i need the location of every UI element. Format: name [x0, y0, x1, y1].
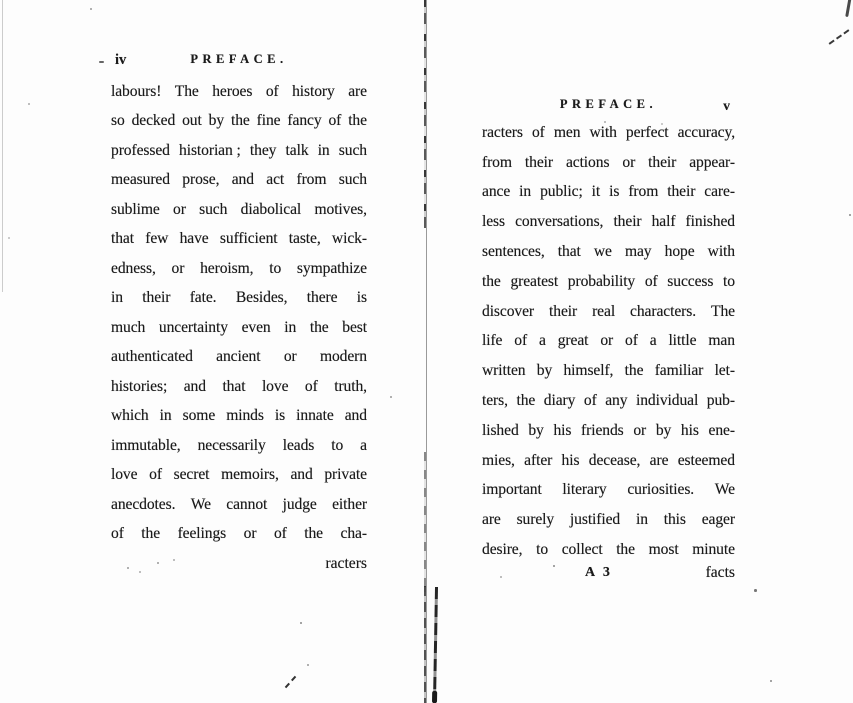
- word: anecdotes.: [111, 496, 175, 514]
- word: by: [656, 422, 671, 440]
- word: sublime: [111, 201, 160, 219]
- text-line: lessconversations,theirhalffinished: [482, 207, 735, 237]
- speck: [90, 8, 92, 10]
- word: of: [532, 124, 545, 142]
- word: which: [111, 407, 149, 425]
- word: leads: [283, 437, 315, 455]
- word: private: [324, 466, 367, 484]
- word: of: [514, 332, 527, 350]
- word: may: [625, 243, 652, 261]
- text-line: importantliterarycuriosities.We: [482, 476, 735, 506]
- text-line: sentences,thatwemayhopewith: [482, 237, 735, 267]
- word: history: [292, 83, 335, 101]
- word: desire,: [482, 541, 522, 559]
- text-line: ofthefeelingsorofthecha-: [111, 520, 367, 550]
- word: feelings: [178, 525, 227, 543]
- word: the: [516, 392, 535, 410]
- word: memoirs,: [221, 466, 279, 484]
- text-line: histories;andthatloveoftruth,: [111, 372, 367, 402]
- word: prose,: [182, 171, 219, 189]
- left-catchword-row: racters: [111, 549, 367, 578]
- word: heroism,: [200, 260, 253, 278]
- word: or: [622, 154, 635, 172]
- word: such: [199, 201, 227, 219]
- word: of: [149, 466, 162, 484]
- word: are: [482, 511, 501, 529]
- word: judge: [283, 496, 317, 514]
- speck: [770, 680, 772, 682]
- word: less: [482, 213, 505, 231]
- word: of: [274, 525, 287, 543]
- word: written: [482, 362, 525, 380]
- word: few: [145, 230, 168, 248]
- word: important: [482, 481, 542, 499]
- word: their: [667, 183, 695, 201]
- word: justified: [570, 511, 620, 529]
- word: measured: [111, 171, 170, 189]
- word: men: [554, 124, 581, 142]
- word: or: [284, 348, 297, 366]
- word: the: [625, 362, 644, 380]
- word: are: [650, 452, 669, 470]
- word: the: [304, 525, 323, 543]
- text-line: ractersofmenwithperfectaccuracy,: [482, 118, 735, 148]
- word: real: [592, 303, 615, 321]
- word: and: [184, 378, 206, 396]
- word: taste,: [289, 230, 321, 248]
- word: necessarily: [198, 437, 266, 455]
- word: actions: [566, 154, 609, 172]
- word: there: [307, 289, 338, 307]
- word: We: [715, 481, 735, 499]
- word: in: [284, 319, 296, 337]
- word: diabolical: [241, 201, 301, 219]
- text-line: ters,thediaryofanyindividualpub-: [482, 386, 735, 416]
- text-line: authenticatedancientormodern: [111, 343, 367, 373]
- word: fine: [257, 112, 281, 130]
- speck: [8, 237, 10, 239]
- word: diary: [544, 392, 576, 410]
- word: the: [348, 112, 367, 130]
- word: to: [269, 260, 281, 278]
- text-line: anceinpublic;itisfromtheircare-: [482, 178, 735, 208]
- word: the: [141, 525, 160, 543]
- word: of: [305, 378, 318, 396]
- right-signature-row: A 3 facts: [482, 558, 735, 587]
- word: or: [633, 422, 646, 440]
- word: life: [482, 332, 502, 350]
- word: conversations,: [515, 213, 603, 231]
- left-page-edge-line: [2, 0, 3, 292]
- word: are: [348, 83, 367, 101]
- word: the: [310, 319, 329, 337]
- word: to: [723, 273, 735, 291]
- left-page-number: iv: [115, 52, 126, 69]
- word: little: [668, 332, 696, 350]
- text-line: immutable,necessarilyleadstoa: [111, 431, 367, 461]
- word: a: [360, 437, 367, 455]
- word: individual: [636, 392, 698, 410]
- word: they: [250, 142, 276, 160]
- word: eager: [702, 511, 735, 529]
- word: edness,: [111, 260, 156, 278]
- word: cha-: [341, 525, 367, 543]
- word: ene-: [709, 422, 735, 440]
- word: is: [357, 289, 367, 307]
- text-line: fromtheiractionsortheirappear-: [482, 148, 735, 178]
- word: mies,: [482, 452, 515, 470]
- word: much: [111, 319, 145, 337]
- text-line: thegreatestprobabilityofsuccessto: [482, 267, 735, 297]
- word: a: [650, 332, 657, 350]
- word: talk: [286, 142, 309, 160]
- word: or: [244, 525, 257, 543]
- word: either: [332, 496, 367, 514]
- word: their: [549, 303, 577, 321]
- word: is: [275, 407, 285, 425]
- word: best: [342, 319, 367, 337]
- word: of: [266, 83, 279, 101]
- text-line: muchuncertaintyeveninthebest: [111, 313, 367, 343]
- word: ancient: [216, 348, 260, 366]
- text-line: sodeckedoutbythefinefancyofthe: [111, 107, 367, 137]
- word: perfect: [626, 124, 669, 142]
- word: the: [482, 273, 501, 291]
- book-gutter-line: [426, 0, 427, 703]
- word: his: [553, 422, 571, 440]
- text-line: lishedbyhisfriendsorbyhisene-: [482, 416, 735, 446]
- right-running-header: PREFACE. v: [482, 97, 735, 115]
- word: love: [111, 466, 137, 484]
- right-running-title: PREFACE.: [560, 97, 657, 111]
- book-gutter-shadow-mid: [424, 452, 426, 592]
- word: collect: [562, 541, 603, 559]
- word: minds: [226, 407, 264, 425]
- word: and: [290, 466, 312, 484]
- word: we: [594, 243, 612, 261]
- word: probability: [568, 273, 635, 291]
- word: heroes: [212, 83, 252, 101]
- speck: [390, 396, 392, 398]
- word: in: [318, 142, 330, 160]
- text-line: loveofsecretmemoirs,andprivate: [111, 461, 367, 491]
- word: familiar: [655, 362, 704, 380]
- word: lished: [482, 422, 519, 440]
- word: by: [537, 362, 552, 380]
- word: wick-: [332, 230, 367, 248]
- word: care-: [704, 183, 735, 201]
- word: of: [328, 112, 341, 130]
- word: accuracy,: [678, 124, 735, 142]
- word: the: [616, 541, 635, 559]
- word: some: [183, 407, 216, 425]
- word: public;: [540, 183, 583, 201]
- word: any: [605, 392, 627, 410]
- text-line: sublimeorsuchdiabolicalmotives,: [111, 195, 367, 225]
- left-catchword: racters: [325, 555, 367, 572]
- word: curiosities.: [627, 481, 694, 499]
- speck: [754, 589, 757, 592]
- word: sentences,: [482, 243, 545, 261]
- word: after: [524, 452, 552, 470]
- word: cannot: [226, 496, 267, 514]
- pen-mark: [829, 29, 850, 44]
- word: immutable,: [111, 437, 181, 455]
- speck: [99, 61, 104, 63]
- word: finished: [686, 213, 735, 231]
- word: innate: [296, 407, 334, 425]
- word: even: [242, 319, 271, 337]
- word: his: [562, 452, 580, 470]
- speck: [849, 214, 851, 216]
- text-line: anecdotes.Wecannotjudgeeither: [111, 490, 367, 520]
- word: fancy: [287, 112, 321, 130]
- word: histories;: [111, 378, 167, 396]
- word: motives,: [314, 201, 366, 219]
- word: in: [636, 511, 648, 529]
- word: decease,: [589, 452, 641, 470]
- word: great: [558, 332, 589, 350]
- word: most: [649, 541, 679, 559]
- word: of: [645, 273, 658, 291]
- word: half: [652, 213, 676, 231]
- text-line: edness,orheroism,tosympathize: [111, 254, 367, 284]
- word: that: [222, 378, 245, 396]
- word: let-: [715, 362, 735, 380]
- word: appear-: [689, 154, 735, 172]
- word: characters.: [630, 303, 696, 321]
- text-line: labours!Theheroesofhistoryare: [111, 77, 367, 107]
- word: from: [297, 171, 327, 189]
- right-page: PREFACE. v ractersofmenwithperfectaccura…: [482, 0, 735, 703]
- word: uncertainty: [159, 319, 228, 337]
- word: pub-: [707, 392, 735, 410]
- word: by: [209, 112, 224, 130]
- word: to: [331, 437, 343, 455]
- book-gutter-shadow-top: [424, 0, 426, 228]
- word: that: [558, 243, 581, 261]
- left-running-header: iv PREFACE.: [111, 52, 367, 70]
- text-line: measuredprose,andactfromsuch: [111, 166, 367, 196]
- left-running-title: PREFACE.: [190, 52, 287, 66]
- word: We: [191, 496, 211, 514]
- word: love: [262, 378, 288, 396]
- text-line: professedhistorian ;theytalkinsuch: [111, 136, 367, 166]
- word: or: [172, 260, 185, 278]
- word: sympathize: [297, 260, 367, 278]
- left-page: iv PREFACE. labours!Theheroesofhistoryar…: [111, 0, 367, 703]
- word: or: [600, 332, 613, 350]
- speck: [28, 103, 30, 105]
- text-line: discovertheirrealcharacters.The: [482, 297, 735, 327]
- word: is: [609, 183, 619, 201]
- book-gutter-shadow-bottom: [424, 586, 426, 703]
- word: or: [173, 201, 186, 219]
- word: authenticated: [111, 348, 193, 366]
- word: himself,: [563, 362, 613, 380]
- word: and: [232, 171, 254, 189]
- word: professed: [111, 142, 170, 160]
- word: The: [175, 83, 199, 101]
- word: the: [231, 112, 250, 130]
- word: surely: [517, 511, 555, 529]
- text-line: writtenbyhimself,thefamiliarlet-: [482, 356, 735, 386]
- word: their: [648, 154, 676, 172]
- word: their: [613, 213, 641, 231]
- right-catchword: facts: [706, 558, 735, 587]
- text-line: intheirfate.Besides,thereis: [111, 284, 367, 314]
- word: success: [667, 273, 713, 291]
- word: to: [536, 541, 548, 559]
- word: literary: [562, 481, 606, 499]
- word: that: [111, 230, 134, 248]
- book-scan: iv PREFACE. labours!Theheroesofhistoryar…: [0, 0, 853, 703]
- word: have: [180, 230, 209, 248]
- word: from: [628, 183, 658, 201]
- word: their: [525, 154, 553, 172]
- text-line: thatfewhavesufficienttaste,wick-: [111, 225, 367, 255]
- text-line: aresurelyjustifiedinthiseager: [482, 505, 735, 535]
- word: his: [681, 422, 699, 440]
- word: fate.: [190, 289, 217, 307]
- word: out: [182, 112, 202, 130]
- word: of: [584, 392, 597, 410]
- word: act: [266, 171, 284, 189]
- left-page-text: labours!Theheroesofhistoryaresodeckedout…: [111, 77, 367, 549]
- word: with: [708, 243, 735, 261]
- word: from: [482, 154, 512, 172]
- gathering-signature: A 3: [585, 558, 612, 587]
- word: modern: [320, 348, 367, 366]
- word: friends: [581, 422, 624, 440]
- word: esteemed: [678, 452, 735, 470]
- word: sufficient: [220, 230, 278, 248]
- word: The: [711, 303, 735, 321]
- word: it: [592, 183, 600, 201]
- word: Besides,: [236, 289, 288, 307]
- text-line: mies,afterhisdecease,areesteemed: [482, 446, 735, 476]
- word: in: [519, 183, 531, 201]
- word: so: [111, 112, 125, 130]
- word: man: [708, 332, 735, 350]
- word: secret: [174, 466, 210, 484]
- text-line: whichinsomemindsisinnateand: [111, 402, 367, 432]
- word: such: [339, 171, 367, 189]
- right-page-text: ractersofmenwithperfectaccuracy,fromthei…: [482, 118, 735, 565]
- word: hope: [665, 243, 695, 261]
- word: ance: [482, 183, 510, 201]
- word: minute: [692, 541, 735, 559]
- word: of: [625, 332, 638, 350]
- word: and: [345, 407, 367, 425]
- word: truth,: [334, 378, 367, 396]
- word: by: [528, 422, 543, 440]
- word: decked: [132, 112, 176, 130]
- word: of: [111, 525, 124, 543]
- word: labours!: [111, 83, 161, 101]
- word: with: [590, 124, 617, 142]
- word: historian ;: [179, 142, 241, 160]
- text-line: lifeofagreatorofalittleman: [482, 327, 735, 357]
- corner-mark: [845, 0, 852, 17]
- word: a: [539, 332, 546, 350]
- word: greatest: [510, 273, 558, 291]
- word: this: [664, 511, 686, 529]
- word: such: [339, 142, 367, 160]
- word: discover: [482, 303, 534, 321]
- right-page-number: v: [723, 98, 731, 114]
- word: racters: [482, 124, 523, 142]
- word: their: [142, 289, 170, 307]
- word: ters,: [482, 392, 508, 410]
- book-gutter-binding-line: [433, 587, 438, 703]
- word: in: [160, 407, 172, 425]
- word: in: [111, 289, 123, 307]
